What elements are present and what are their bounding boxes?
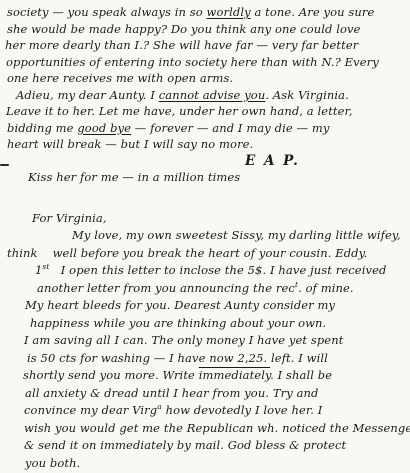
letter-text: she would be made happy? Do you think an…	[7, 22, 361, 36]
letter-line: bidding me good bye — forever — and I ma…	[7, 120, 410, 137]
letter-text: Kiss her for me — in a million times	[28, 170, 240, 184]
signature-initials: E A P.	[245, 153, 410, 170]
letter-text: opportunities of entering into society h…	[6, 55, 379, 69]
letter-line: think well before you break the heart of…	[7, 245, 410, 263]
letter-text: her more dearly than I.? She will have f…	[5, 38, 358, 52]
letter-line: heart will break — but I will say no mor…	[7, 136, 410, 153]
kiss-postscript: Kiss her for me — in a million times	[0, 169, 410, 186]
letter-text: one here receives me with open arms.	[7, 71, 233, 85]
letter-text: My love, my own sweetest Sissy, my darli…	[72, 228, 401, 242]
letter-line: opportunities of entering into society h…	[6, 54, 410, 71]
underlined-text: cannot advise you	[159, 88, 266, 102]
letter-text: . Ask Virginia.	[265, 88, 349, 102]
letter-line: Leave it to her. Let me have, under her …	[6, 103, 410, 120]
letter-text: & send it on immediately by mail. God bl…	[24, 438, 346, 452]
letter-text: . of mine.	[298, 281, 354, 295]
letter-text: think well before you break the heart of…	[7, 246, 367, 260]
letter-line: My heart bleeds for you. Dearest Aunty c…	[25, 297, 410, 315]
superscript-text: st	[42, 262, 49, 271]
letter-line: 1st I open this letter to inclose the 5$…	[35, 262, 410, 280]
aunt-letter-continuation: society — you speak always in so worldly…	[0, 4, 410, 87]
underlined-text: worldly	[207, 5, 251, 19]
letter-text: bidding me	[7, 121, 77, 135]
letter-text: Leave it to her. Let me have, under her …	[6, 104, 353, 118]
letter-text: . I shall be	[270, 368, 332, 382]
letter-text: I am saving all I can. The only money I …	[24, 333, 343, 347]
letter-text: another letter from you announcing the r…	[37, 281, 295, 295]
farewell-paragraph: Adieu, my dear Aunty. I cannot advise yo…	[0, 87, 410, 170]
letter-text: a tone. Are you sure	[251, 5, 375, 19]
letter-line: one here receives me with open arms.	[7, 70, 410, 87]
letter-line: all anxiety & dread until I hear from yo…	[25, 385, 410, 403]
letter-line: My love, my own sweetest Sissy, my darli…	[72, 227, 410, 245]
letter-text: wish you would get me the Republican wh.…	[24, 421, 410, 435]
letter-line: convince my dear Virga how devotedly I l…	[24, 402, 410, 420]
letter-text: E A P.	[245, 153, 300, 169]
letter-line: wish you would get me the Republican wh.…	[24, 420, 410, 438]
letter-text: Adieu, my dear Aunty. I	[16, 88, 159, 102]
letter-text: happiness while you are thinking about y…	[30, 316, 326, 330]
letter-line: society — you speak always in so worldly…	[7, 4, 410, 21]
postscript-salutation: For Virginia,	[32, 210, 410, 228]
underlined-text: good bye	[77, 121, 131, 135]
letter-text: all anxiety & dread until I hear from yo…	[25, 386, 319, 400]
letter-text: heart will break — but I will say no mor…	[7, 137, 253, 151]
letter-text: I open this letter to inclose the 5$. I …	[50, 263, 387, 277]
letter-text: how devotedly I love her. I	[162, 403, 323, 417]
letter-line: is 50 cts for washing — I have now 2,25.…	[27, 350, 410, 368]
letter-text: — forever — and I may die — my	[131, 121, 329, 135]
letter-line: her more dearly than I.? She will have f…	[5, 37, 410, 54]
letter-line: & send it on immediately by mail. God bl…	[24, 437, 410, 455]
letter-text: For Virginia,	[32, 211, 107, 225]
letter-page: society — you speak always in so worldly…	[0, 0, 410, 473]
letter-content: society — you speak always in so worldly…	[0, 4, 410, 472]
postscript-for-virginia: For Virginia,My love, my own sweetest Si…	[0, 210, 410, 473]
letter-text: society — you speak always in so	[7, 5, 207, 19]
letter-line: another letter from you announcing the r…	[37, 280, 410, 298]
letter-text: convince my dear Virg	[24, 403, 157, 417]
letter-line: she would be made happy? Do you think an…	[7, 21, 410, 38]
scan-edge-artifact	[0, 164, 9, 166]
letter-line: shortly send you more. Write immediately…	[23, 367, 410, 385]
letter-line: I am saving all I can. The only money I …	[24, 332, 410, 350]
letter-text: is 50 cts for washing — I have now 2,25.…	[27, 351, 328, 365]
letter-line: you both.	[25, 455, 410, 473]
overlined-text: immediately	[199, 368, 270, 382]
letter-text: My heart bleeds for you. Dearest Aunty c…	[25, 298, 335, 312]
letter-line: happiness while you are thinking about y…	[30, 315, 410, 333]
letter-line: Kiss her for me — in a million times	[28, 169, 410, 186]
letter-text: shortly send you more. Write	[23, 368, 199, 382]
letter-line: Adieu, my dear Aunty. I cannot advise yo…	[16, 87, 410, 104]
letter-text: you both.	[25, 456, 80, 470]
